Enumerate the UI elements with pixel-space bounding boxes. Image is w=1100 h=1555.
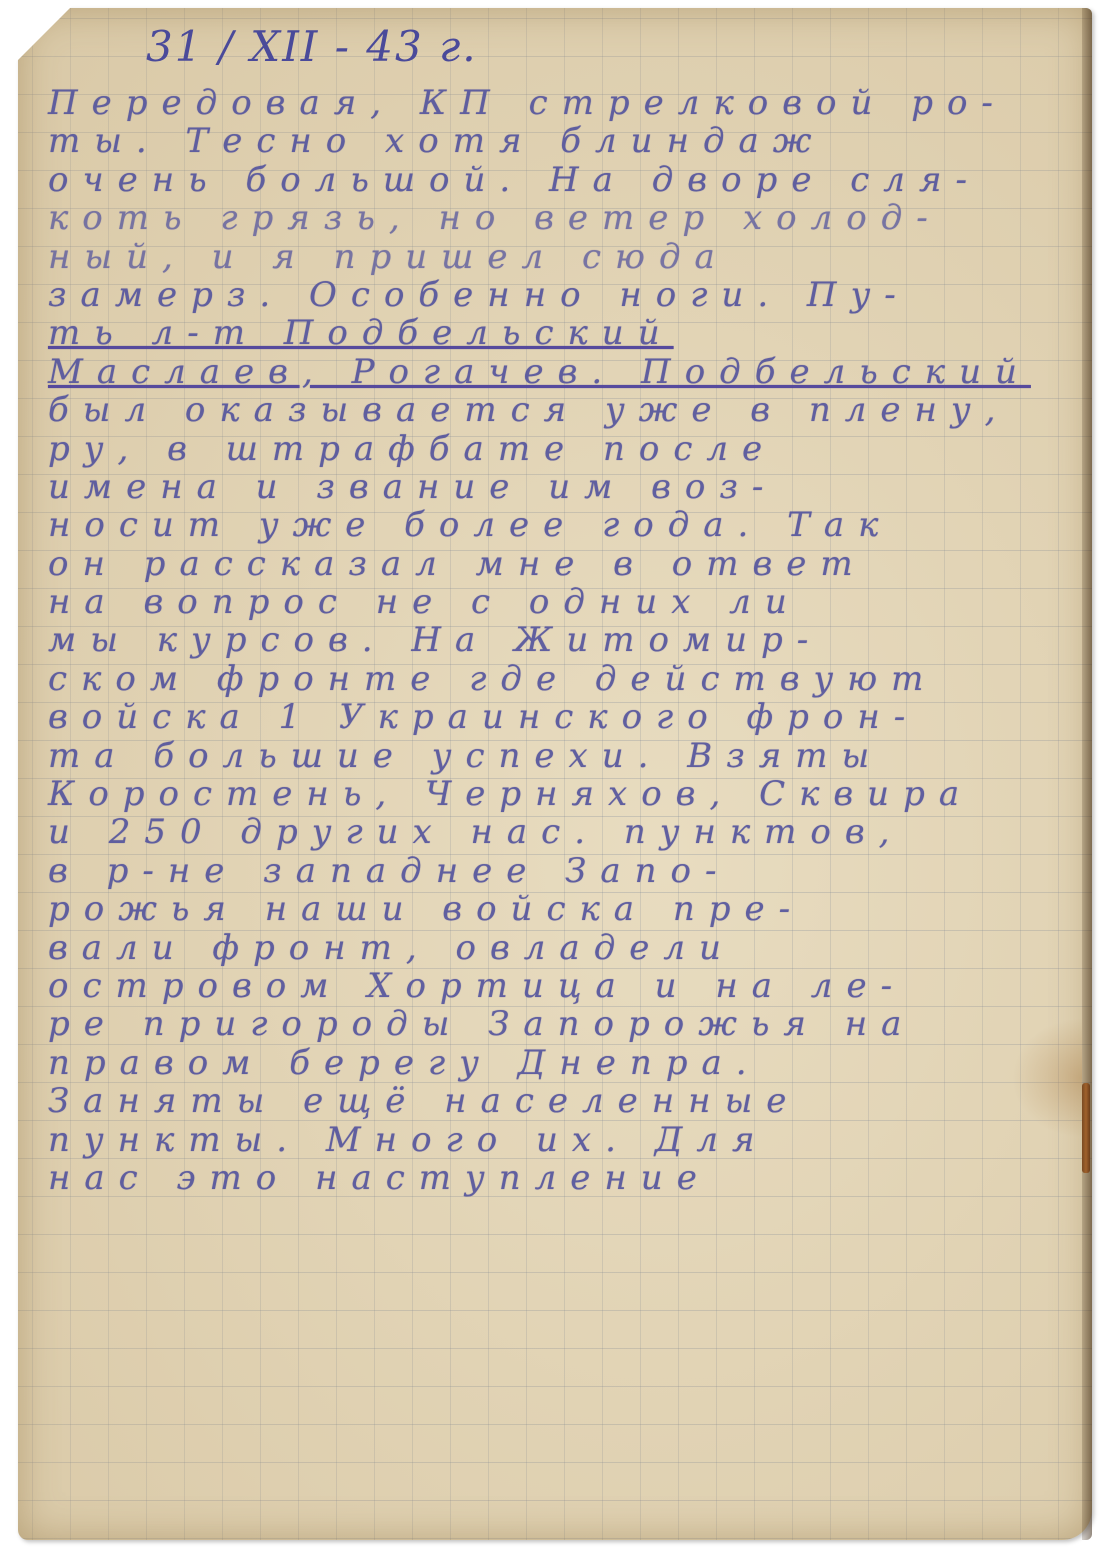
text-line: войска 1 Украинского фрон- — [48, 698, 1088, 736]
entry-date: 31 / XII - 43 г. — [146, 22, 478, 71]
text-line: рожья наши войска пре- — [48, 890, 1088, 928]
text-line: на вопрос не с одних ли — [48, 583, 1088, 621]
text-line: носит уже более года. Так — [48, 506, 1088, 544]
text-line: замерз. Особенно ноги. Пу- — [48, 276, 1088, 314]
text-line: коть грязь, но ветер холод- — [48, 199, 1088, 237]
diary-page: 31 / XII - 43 г. Передовая, КП стрелково… — [18, 8, 1092, 1540]
text-line: Передовая, КП стрелковой ро- — [48, 84, 1088, 122]
text-line: очень большой. На дворе сля- — [48, 161, 1088, 199]
text-line: Заняты ещё населенные — [48, 1082, 1088, 1120]
text-line: Коростень, Черняхов, Сквира — [48, 775, 1088, 813]
text-line: в р-не западнее Запо- — [48, 852, 1088, 890]
text-line: был оказывается уже в плену, — [48, 391, 1088, 429]
text-line: он рассказал мне в ответ — [48, 545, 1088, 583]
text-line: вали фронт, овладели — [48, 929, 1088, 967]
text-line: ском фронте где действуют — [48, 660, 1088, 698]
text-line: ты. Тесно хотя блиндаж — [48, 122, 1088, 160]
text-line: островом Хортица и на ле- — [48, 967, 1088, 1005]
text-line: Маслаев, Рогачев. Подбельский — [48, 353, 1088, 391]
text-line: мы курсов. На Житомир- — [48, 621, 1088, 659]
diary-text: Передовая, КП стрелковой ро- ты. Тесно х… — [48, 84, 1088, 1197]
text-line: ре пригороды Запорожья на — [48, 1005, 1088, 1043]
text-line: нас это наступление — [48, 1159, 1088, 1197]
text-line: ть л-т Подбельский — [48, 314, 1088, 352]
text-line: и 250 других нас. пунктов, — [48, 813, 1088, 851]
text-line: правом берегу Днепра. — [48, 1044, 1088, 1082]
text-line: та большие успехи. Взяты — [48, 737, 1088, 775]
text-line: ный, и я пришел сюда — [48, 238, 1088, 276]
text-line: ру, в штрафбате после — [48, 430, 1088, 468]
text-line: имена и звание им воз- — [48, 468, 1088, 506]
text-line: пункты. Много их. Для — [48, 1121, 1088, 1159]
